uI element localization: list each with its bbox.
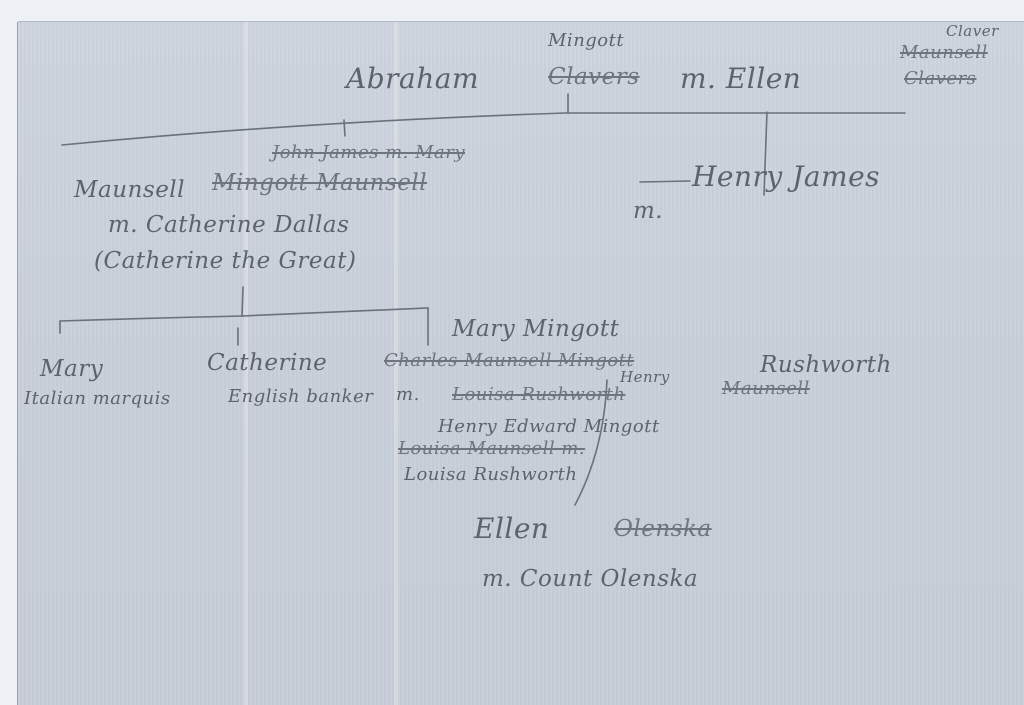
root-spouse-inserted-top: Claver (946, 22, 999, 40)
left-struck-above: John James m. Mary (272, 142, 465, 163)
child-name: Mary (40, 356, 103, 382)
root-spouse-inserted-struck: Maunsell (900, 42, 988, 63)
third-grandchild: Ellen (474, 512, 549, 545)
right-marriage: m. (633, 198, 663, 224)
root-spouse-surname-struck: Clavers (904, 68, 976, 89)
third-struck-line: Charles Maunsell Mingott (384, 350, 634, 371)
third-struck-child-line: Louisa Maunsell m. (398, 438, 585, 459)
left-marriage: m. Catherine Dallas (108, 212, 349, 238)
third-grandchild-marriage: m. Count Olenska (482, 566, 698, 592)
third-marriage-prefix: m. (396, 384, 420, 405)
left-name: Maunsell (74, 177, 185, 203)
third-rushworth: Rushworth (760, 352, 892, 378)
child-note: English banker (228, 386, 373, 407)
child-note: Italian marquis (24, 388, 171, 409)
left-surname-struck: Mingott Maunsell (212, 170, 427, 196)
child-name: Catherine (207, 350, 327, 376)
third-child-spouse: Louisa Rushworth (404, 464, 577, 485)
third-grandchild-struck-surname: Olenska (614, 516, 712, 542)
third-child-line: Henry Edward Mingott (438, 416, 660, 437)
root-surname-struck: Clavers (548, 64, 640, 90)
root-first-name: Abraham (346, 62, 479, 95)
right-name: Henry James (692, 160, 880, 193)
root-marriage: m. Ellen (680, 62, 801, 95)
left-nickname: (Catherine the Great) (94, 248, 356, 274)
third-struck-maunsell: Maunsell (722, 378, 810, 399)
root-surname-inserted: Mingott (548, 30, 624, 51)
third-inserted-henry: Henry (620, 368, 670, 386)
third-struck-spouse: Louisa Rushworth (452, 384, 625, 405)
third-inserted-name: Mary Mingott (452, 316, 619, 342)
